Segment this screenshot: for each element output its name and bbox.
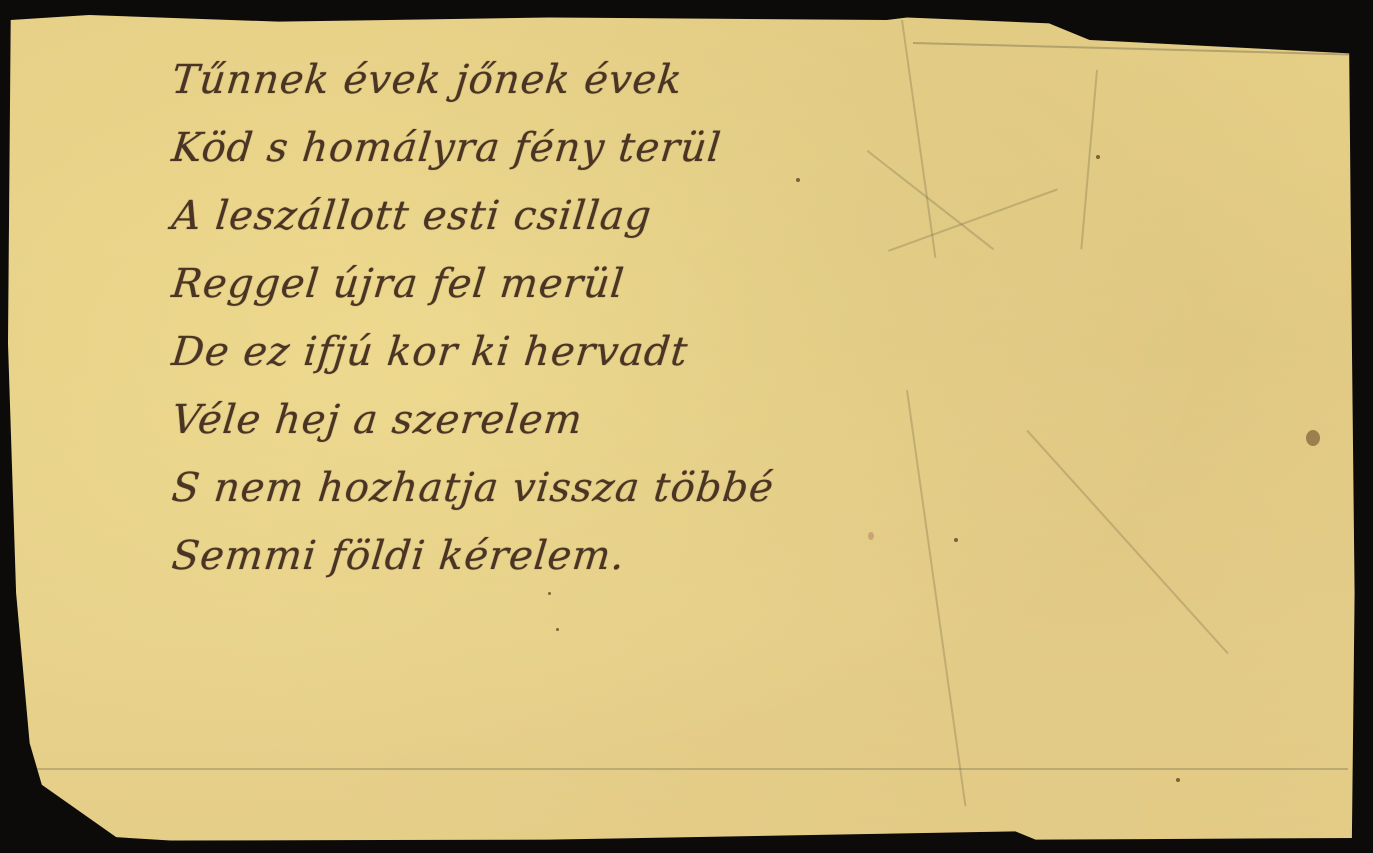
poem-line-3: A leszállott esti csillag: [168, 182, 777, 250]
paper-crack: [1027, 430, 1229, 654]
ink-speck: [868, 532, 874, 540]
paper-crack: [888, 188, 1058, 251]
paper-crack: [907, 390, 967, 806]
poem-line-4: Reggel újra fel merül: [168, 250, 777, 318]
ink-speck: [1096, 155, 1100, 159]
document-scan: Tűnnek évek jőnek évek Köd s homályra fé…: [0, 0, 1373, 853]
poem-line-2: Köd s homályra fény terül: [168, 114, 777, 182]
ink-speck: [1176, 778, 1180, 782]
top-crease: [913, 42, 1353, 56]
poem-line-1: Tűnnek évek jőnek évek: [168, 46, 777, 114]
poem-line-5: De ez ifjú kor ki hervadt: [168, 318, 777, 386]
poem-line-6: Véle hej a szerelem: [168, 386, 777, 454]
paper-crack: [1081, 70, 1098, 249]
ink-speck: [548, 592, 551, 595]
ink-speck: [556, 628, 559, 631]
bottom-fold-line: [18, 768, 1348, 770]
ink-speck: [954, 538, 958, 542]
handwritten-poem: Tűnnek évek jőnek évek Köd s homályra fé…: [172, 46, 774, 590]
ink-stain: [1306, 430, 1320, 446]
paper-crack: [902, 20, 937, 258]
ink-speck: [796, 178, 800, 182]
poem-line-7: S nem hozhatja vissza többé: [168, 454, 777, 522]
poem-line-8: Semmi földi kérelem.: [168, 522, 777, 590]
